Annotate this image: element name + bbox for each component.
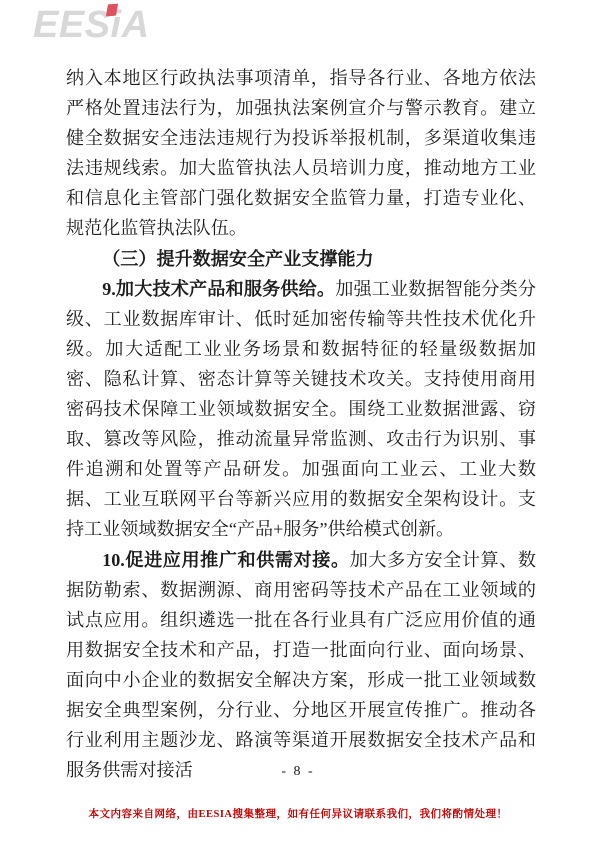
footer-disclaimer: 本文内容来自网络，由EESIA搜集整理，如有任何异议请联系我们，我们将酌情处理！ [0,806,596,821]
paragraph-9-lead: 9.加大技术产品和服务供给。 [102,279,335,299]
paragraph-10-text: 加大多方安全计算、数据防勒索、数据溯源、商用密码等技术产品在工业领域的试点应用。… [66,550,536,781]
logo-text: EESiA [33,4,150,46]
paragraph-item-10: 10.促进应用推广和供需对接。加大多方安全计算、数据防勒索、数据溯源、商用密码等… [66,545,536,786]
document-body: 纳入本地区行政执法事项清单，指导各行业、各地方依法严格处置违法行为，加强执法案例… [66,63,536,785]
section-heading: （三）提升数据安全产业支撑能力 [66,244,536,274]
document-page: EESiA 纳入本地区行政执法事项清单，指导各行业、各地方依法严格处置违法行为，… [0,0,596,842]
page-number: - 8 - [0,764,596,780]
paragraph-item-9: 9.加大技术产品和服务供给。加强工业数据智能分类分级、工业数据库审计、低时延加密… [66,274,536,545]
paragraph-10-lead: 10.促进应用推广和供需对接。 [102,550,350,570]
paragraph-continuation: 纳入本地区行政执法事项清单，指导各行业、各地方依法严格处置违法行为，加强执法案例… [66,63,536,244]
paragraph-9-text: 加强工业数据智能分类分级、工业数据库审计、低时延加密传输等共性技术优化升级。加大… [66,279,536,540]
eesia-logo: EESiA [33,3,150,49]
